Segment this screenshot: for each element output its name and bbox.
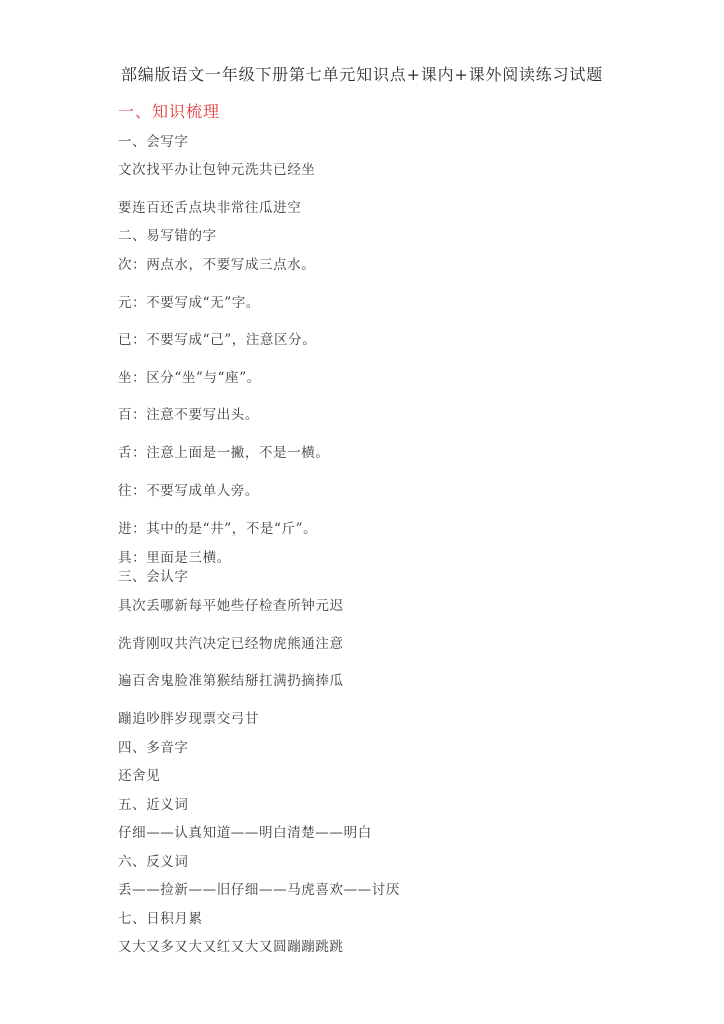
text-line: 次：两点水，不要写成三点水。 <box>118 256 315 274</box>
text-line: 文次找平办让包钟元洗共已经坐 <box>118 161 315 179</box>
text-line: 往：不要写成单人旁。 <box>118 482 259 500</box>
text-line: 又大又多又大又红又大又圆蹦蹦跳跳 <box>118 938 344 956</box>
document-page: 部编版语文一年级下册第七单元知识点+课内+课外阅读练习试题 一、知识梳理 一、会… <box>0 0 724 1024</box>
subsection-heading: 四、多音字 <box>118 739 189 757</box>
text-line: 元：不要写成“无”字。 <box>118 294 260 312</box>
text-line: 洗背刚叹共汽决定已经物虎熊通注意 <box>118 635 344 653</box>
text-line: 仔细——认真知道——明白清楚——明白 <box>118 824 372 842</box>
text-line: 舌：注意上面是一撇，不是一横。 <box>118 444 330 462</box>
subsection-heading: 七、日积月累 <box>118 910 203 928</box>
text-line: 丢——捡新——旧仔细——马虎喜欢——讨厌 <box>118 881 400 899</box>
text-line: 坐：区分“坐”与“座”。 <box>118 369 261 387</box>
text-line: 百：注意不要写出头。 <box>118 406 259 424</box>
subsection-heading: 三、会认字 <box>118 568 189 586</box>
text-line: 已：不要写成“己”，注意区分。 <box>118 331 316 349</box>
subsection-heading: 二、易写错的字 <box>118 227 217 245</box>
text-line: 进：其中的是“井”，不是“斤”。 <box>118 520 317 538</box>
subsection-heading: 五、近义词 <box>118 796 189 814</box>
text-line: 还舍见 <box>118 767 160 785</box>
subsection-heading: 一、会写字 <box>118 133 189 151</box>
text-line: 蹦追吵胖岁现票交弓甘 <box>118 710 259 728</box>
text-line: 具次丢哪新每平她些仔检查所钟元迟 <box>118 597 344 615</box>
text-line: 要连百还舌点块非常往瓜进空 <box>118 199 301 217</box>
section-heading-knowledge-review: 一、知识梳理 <box>118 101 220 123</box>
subsection-heading: 六、反义词 <box>118 853 189 871</box>
text-line: 具：里面是三横。 <box>118 549 231 567</box>
text-line: 遍百舍鬼脸准第猴结掰扛满扔摘捧瓜 <box>118 672 344 690</box>
document-title: 部编版语文一年级下册第七单元知识点+课内+课外阅读练习试题 <box>0 64 724 86</box>
